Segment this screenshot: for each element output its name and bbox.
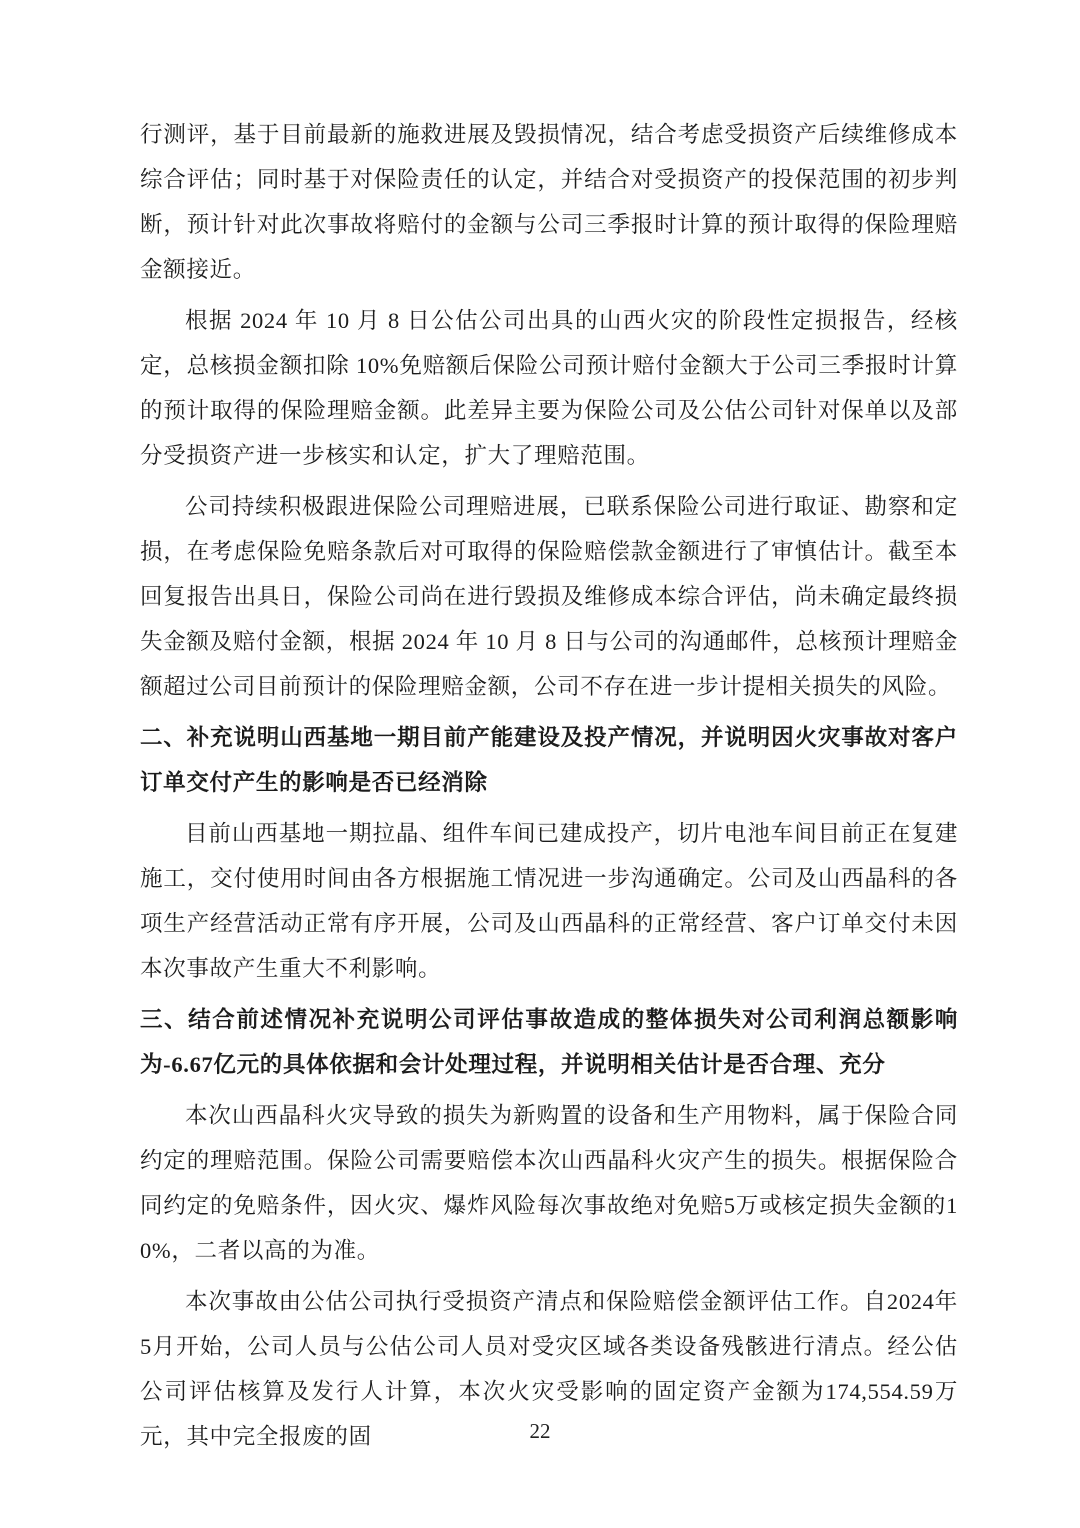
- section-heading-three: 三、结合前述情况补充说明公司评估事故造成的整体损失对公司利润总额影响为-6.67…: [140, 997, 958, 1087]
- body-paragraph: 本次山西晶科火灾导致的损失为新购置的设备和生产用物料，属于保险合同约定的理赔范围…: [140, 1093, 958, 1273]
- page-number: 22: [0, 1419, 1080, 1444]
- body-paragraph: 公司持续积极跟进保险公司理赔进展，已联系保险公司进行取证、勘察和定损，在考虑保险…: [140, 484, 958, 709]
- section-heading-two: 二、补充说明山西基地一期目前产能建设及投产情况，并说明因火灾事故对客户订单交付产…: [140, 715, 958, 805]
- body-paragraph-continuation: 行测评，基于目前最新的施救进展及毁损情况，结合考虑受损资产后续维修成本综合评估；…: [140, 112, 958, 292]
- document-page: 行测评，基于目前最新的施救进展及毁损情况，结合考虑受损资产后续维修成本综合评估；…: [0, 0, 1080, 1528]
- document-body: 行测评，基于目前最新的施救进展及毁损情况，结合考虑受损资产后续维修成本综合评估；…: [140, 112, 958, 1465]
- body-paragraph: 目前山西基地一期拉晶、组件车间已建成投产，切片电池车间目前正在复建施工，交付使用…: [140, 811, 958, 991]
- body-paragraph: 根据 2024 年 10 月 8 日公估公司出具的山西火灾的阶段性定损报告，经核…: [140, 298, 958, 478]
